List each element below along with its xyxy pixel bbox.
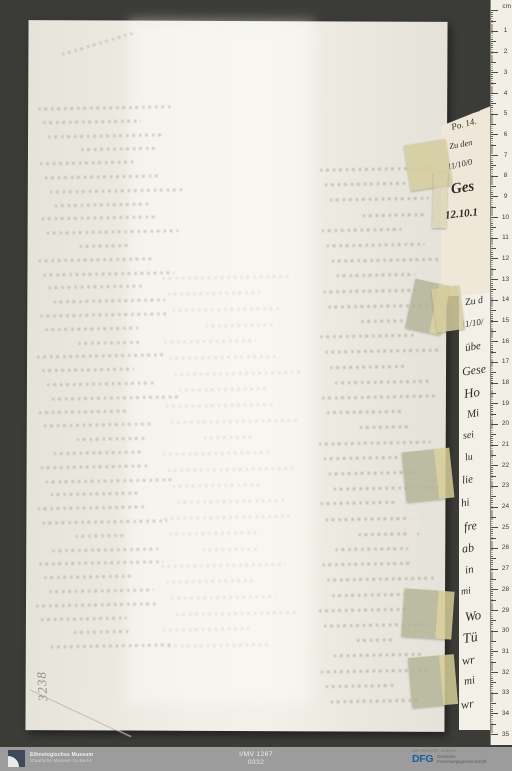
ruler-halfcm-tick — [491, 558, 496, 559]
ruler-halfcm-tick — [491, 186, 496, 187]
bleedthrough-line — [38, 257, 151, 262]
bleedthrough-line — [171, 419, 298, 424]
ruler-halfcm-tick — [491, 641, 496, 642]
letter-fragment: fre — [463, 518, 478, 535]
ruler-number: 20 — [499, 420, 512, 427]
ruler-cm-tick — [491, 155, 498, 156]
tape-piece — [408, 654, 458, 708]
ruler-cm-tick — [491, 589, 498, 590]
bleedthrough-line — [335, 380, 430, 385]
bleedthrough-line — [50, 188, 183, 193]
ruler-cm-tick — [491, 424, 498, 425]
bleedthrough-line — [45, 174, 160, 179]
ink-mark — [464, 109, 471, 113]
bleedthrough-line — [325, 516, 417, 521]
slip-line: Po. 14. — [450, 116, 477, 132]
ruler-number: 18 — [499, 379, 512, 386]
ink-mark — [473, 108, 480, 113]
ruler-number: 30 — [499, 627, 512, 634]
bleedthrough-center-column — [161, 276, 315, 673]
ruler-halfcm-tick — [491, 165, 496, 166]
bleedthrough-line — [39, 561, 163, 566]
letter-fragment: Mi — [466, 407, 480, 421]
bleedthrough-line — [80, 244, 132, 248]
bleedthrough-line — [43, 271, 174, 276]
note-slip: Po. 14.Zu den11/10/0Ges12.10.1 — [441, 106, 491, 296]
ruler-number: 5 — [499, 110, 512, 117]
ruler-halfcm-tick — [491, 62, 496, 63]
ruler-number: 32 — [499, 669, 512, 676]
bleedthrough-line — [81, 147, 155, 151]
ruler-halfcm-tick — [491, 620, 496, 621]
ruler-halfcm-tick — [491, 496, 496, 497]
ruler-halfcm-tick — [491, 600, 496, 601]
ruler-cm-tick — [491, 610, 498, 611]
ruler-cm-tick — [491, 713, 498, 714]
ruler-number: 12 — [499, 255, 512, 262]
letter-fragment: in — [464, 563, 474, 576]
ruler-cm-tick — [491, 569, 498, 570]
ruler-halfcm-tick — [491, 579, 496, 580]
bleedthrough-line — [44, 423, 153, 428]
letter-fragment: wr — [461, 652, 476, 669]
ruler-halfcm-tick — [491, 207, 496, 208]
ruler-number: 6 — [499, 131, 512, 138]
ruler-number: 28 — [499, 586, 512, 593]
bleedthrough-line — [319, 608, 409, 613]
ruler-cm-tick — [491, 93, 498, 94]
ruler-halfcm-tick — [491, 331, 496, 332]
bleedthrough-line — [50, 492, 139, 497]
bleedthrough-line — [37, 354, 166, 359]
bleedthrough-line — [164, 515, 289, 520]
ruler-halfcm-tick — [491, 703, 496, 704]
letter-fragment: hi — [460, 496, 470, 509]
ruler-number: 11 — [499, 234, 512, 241]
ruler-halfcm-tick — [491, 21, 496, 22]
bleedthrough-line — [44, 575, 131, 580]
ruler-halfcm-tick — [491, 414, 496, 415]
footer-bar: Ethnologisches Museum Staatliche Museen … — [0, 747, 512, 771]
ruler-number: 4 — [499, 90, 512, 97]
ruler-cm-tick — [491, 445, 498, 446]
bleedthrough-line — [42, 519, 167, 524]
bleedthrough-line — [167, 291, 260, 296]
ruler-number: 8 — [499, 172, 512, 179]
ruler-cm-tick — [491, 134, 498, 135]
bleedthrough-line — [331, 699, 419, 704]
bleedthrough-line — [171, 595, 276, 600]
ruler-halfcm-tick — [491, 682, 496, 683]
bleedthrough-line — [41, 464, 149, 469]
fold-crease — [29, 688, 131, 738]
ruler-cm-tick — [491, 548, 498, 549]
ruler-halfcm-tick — [491, 724, 496, 725]
bleedthrough-line — [37, 506, 144, 511]
ruler-number: 9 — [499, 193, 512, 200]
ruler-number: 17 — [499, 358, 512, 365]
scan-background: 3238 Po. 14.Zu den11/10/0Ges12.10.1 Zu d… — [0, 0, 512, 771]
ruler-halfcm-tick — [491, 662, 496, 663]
ruler-cm-tick — [491, 176, 498, 177]
ruler-cm-tick — [491, 217, 498, 218]
bleedthrough-line — [40, 312, 170, 317]
bleedthrough-line — [42, 216, 156, 221]
ruler-halfcm-tick — [491, 434, 496, 435]
bleedthrough-line — [176, 611, 299, 616]
ruler-cm-tick — [491, 72, 498, 73]
bleedthrough-line — [168, 643, 272, 648]
bleedthrough-line — [332, 593, 404, 597]
bleedthrough-line — [161, 563, 285, 568]
letter-fragment: Zu d — [464, 295, 483, 308]
ruler-cm-tick — [491, 693, 498, 694]
ruler-halfcm-tick — [491, 517, 496, 518]
bleedthrough-line — [41, 616, 127, 621]
ruler-number: 24 — [499, 503, 512, 510]
bleedthrough-line — [166, 403, 275, 408]
ruler-cm-tick — [491, 527, 498, 528]
letter-fragment: Ho — [463, 384, 481, 402]
letter-fragment: Wo — [464, 607, 482, 625]
ruler-cm-tick — [491, 31, 498, 32]
letter-fragment: mi — [460, 585, 471, 597]
ruler-cm-tick — [491, 300, 498, 301]
ink-mark — [455, 110, 462, 114]
bleedthrough-line — [43, 119, 141, 124]
ruler-halfcm-tick — [491, 372, 496, 373]
bleedthrough-line — [327, 410, 403, 414]
ruler-halfcm-tick — [491, 476, 496, 477]
tape-piece — [402, 448, 455, 503]
bleedthrough-line — [325, 182, 406, 186]
bleedthrough-line — [322, 228, 402, 232]
ruler-number: 19 — [499, 400, 512, 407]
slip-line: 11/10/0 — [446, 156, 473, 171]
ruler-cm-tick — [491, 279, 498, 280]
ruler-halfcm-tick — [491, 248, 496, 249]
letter-fragment: übe — [464, 340, 481, 354]
bleedthrough-line — [39, 409, 130, 414]
dfg-name: Deutsche Forschungsgemeinschaft — [437, 754, 486, 764]
bleedthrough-line — [74, 630, 131, 634]
bleedthrough-line — [47, 381, 157, 386]
ruler-number: 15 — [499, 317, 512, 324]
ruler-number: 2 — [499, 48, 512, 55]
ruler-number: 22 — [499, 462, 512, 469]
bleedthrough-line — [166, 579, 253, 584]
ruler-number: 7 — [499, 152, 512, 159]
ruler-number: 16 — [499, 338, 512, 345]
ruler-cm-tick — [491, 258, 498, 259]
bleedthrough-line — [42, 368, 134, 373]
ruler-number: 3 — [499, 69, 512, 76]
bleedthrough-line — [331, 258, 447, 263]
bleedthrough-line — [48, 133, 164, 138]
slip-line: Ges — [450, 178, 475, 198]
ruler-number: 34 — [499, 710, 512, 717]
bleedthrough-line — [78, 340, 139, 344]
letter-fragment: lie — [461, 474, 474, 487]
bleedthrough-line — [320, 334, 416, 339]
bleedthrough-line — [204, 436, 254, 440]
bleedthrough-line — [363, 213, 427, 217]
document-page: 3238 — [25, 20, 447, 732]
ruler-cm-tick — [491, 321, 498, 322]
bleedthrough-line — [75, 534, 123, 538]
letter-fragment: Tü — [462, 630, 479, 648]
bleedthrough-line — [320, 501, 394, 505]
ruler-number: 13 — [499, 276, 512, 283]
bleedthrough-line — [36, 602, 159, 607]
bleedthrough-line — [357, 638, 396, 642]
ruler-cm-tick — [491, 341, 498, 342]
ruler-halfcm-tick — [491, 310, 496, 311]
ruler-halfcm-tick — [491, 538, 496, 539]
ruler-halfcm-tick — [491, 103, 496, 104]
bleedthrough-line — [163, 627, 249, 632]
ruler-number: 26 — [499, 544, 512, 551]
ruler-halfcm-tick — [491, 145, 496, 146]
bleedthrough-line — [360, 426, 412, 430]
bleedthrough-line — [327, 243, 425, 248]
ruler-number: 27 — [499, 565, 512, 572]
bleedthrough-line — [202, 547, 260, 551]
letter-fragment: Gese — [461, 361, 487, 379]
ruler-cm-tick — [491, 383, 498, 384]
ruler-cm-tick — [491, 507, 498, 508]
ruler-cm-tick — [491, 465, 498, 466]
ruler-halfcm-tick — [491, 269, 496, 270]
ruler-number: 10 — [499, 214, 512, 221]
letter-fragment: mi — [463, 674, 476, 687]
bleedthrough-line — [55, 202, 151, 207]
bleedthrough-line — [48, 285, 142, 290]
bleedthrough-line — [319, 440, 431, 445]
bleedthrough-line — [47, 229, 179, 234]
letter-fragment: sei — [462, 429, 475, 441]
bleedthrough-line — [179, 387, 270, 392]
dfg-name-line2: Forschungsgemeinschaft — [437, 759, 486, 764]
letter-fragment: wr — [460, 697, 475, 714]
bleedthrough-line — [330, 364, 407, 368]
ruler-number: 21 — [499, 441, 512, 448]
bleedthrough-line — [177, 499, 284, 504]
ruler-number: 33 — [499, 689, 512, 696]
letter-fragment: ab — [461, 541, 475, 558]
bleedthrough-line — [169, 531, 257, 536]
bleedthrough-line — [54, 451, 144, 456]
ruler-cm-tick — [491, 10, 498, 11]
bleedthrough-line — [45, 326, 138, 331]
letter-fragment: lu — [464, 452, 473, 464]
ruler: cm 1234567891011121314151617181920212223… — [490, 0, 512, 745]
bleedthrough-line — [163, 451, 271, 456]
ruler-halfcm-tick — [491, 83, 496, 84]
bleedthrough-line — [325, 349, 439, 354]
bleedthrough-line — [168, 467, 294, 472]
bleedthrough-line — [40, 161, 137, 166]
ruler-number: 29 — [499, 607, 512, 614]
bleedthrough-line — [330, 197, 429, 202]
ruler-cm-tick — [491, 672, 498, 673]
ruler-cm-tick — [491, 362, 498, 363]
bleedthrough-line — [173, 483, 262, 488]
bleedthrough-line — [52, 395, 180, 400]
ruler-number: 23 — [499, 482, 512, 489]
bleedthrough-line — [172, 307, 283, 312]
bleedthrough-top-squiggle — [62, 32, 134, 56]
ruler-number: 31 — [499, 648, 512, 655]
ruler-cm-tick — [491, 403, 498, 404]
ruler-cm-tick — [491, 631, 498, 632]
bleedthrough-line — [336, 273, 415, 277]
bleedthrough-line — [51, 644, 173, 649]
bleedthrough-line — [335, 547, 408, 551]
ruler-cm-tick — [491, 196, 498, 197]
bleedthrough-line — [322, 395, 435, 400]
bleedthrough-line — [169, 355, 279, 360]
ruler-halfcm-tick — [491, 124, 496, 125]
ruler-unit-label: cm — [502, 3, 511, 10]
bleedthrough-line — [174, 371, 302, 376]
ruler-halfcm-tick — [491, 289, 496, 290]
bleedthrough-line — [77, 437, 147, 441]
ruler-cm-tick — [491, 238, 498, 239]
bleedthrough-line — [52, 547, 158, 552]
ruler-cm-tick — [491, 114, 498, 115]
ruler-halfcm-tick — [491, 455, 496, 456]
ruler-cm-tick — [491, 486, 498, 487]
bleedthrough-line — [326, 684, 396, 688]
ruler-cm-tick — [491, 734, 498, 735]
ruler-halfcm-tick — [491, 41, 496, 42]
bleedthrough-line — [324, 456, 399, 460]
ruler-cm-tick — [491, 52, 498, 53]
bleedthrough-line — [162, 275, 292, 280]
bleedthrough-line — [46, 478, 172, 483]
tape-piece — [431, 285, 465, 332]
tape-piece — [432, 172, 448, 228]
ruler-halfcm-tick — [491, 393, 496, 394]
tape-piece — [401, 588, 454, 639]
ruler-number: 14 — [499, 296, 512, 303]
bleedthrough-line — [322, 562, 413, 567]
ruler-cm-tick — [491, 651, 498, 652]
dfg-logo: DFG — [412, 754, 433, 764]
ruler-halfcm-tick — [491, 352, 496, 353]
slip-line: 12.10.1 — [444, 206, 478, 221]
ruler-number: 1 — [499, 27, 512, 34]
bleedthrough-line — [49, 588, 154, 593]
dfg-funding-block: GEFÖRDERT DURCH DFG Deutsche Forschungsg… — [412, 749, 504, 764]
bleedthrough-line — [164, 339, 256, 344]
bleedthrough-line — [323, 288, 420, 293]
bleedthrough-line — [205, 323, 276, 327]
bleedthrough-line — [327, 577, 436, 582]
bleedthrough-line — [361, 319, 404, 323]
ruler-halfcm-tick — [491, 227, 496, 228]
bleedthrough-line — [38, 105, 173, 110]
ruler-number: 25 — [499, 524, 512, 531]
ruler-number: 35 — [499, 731, 512, 738]
slip-line: Zu den — [448, 137, 473, 151]
bleedthrough-line — [53, 299, 165, 304]
